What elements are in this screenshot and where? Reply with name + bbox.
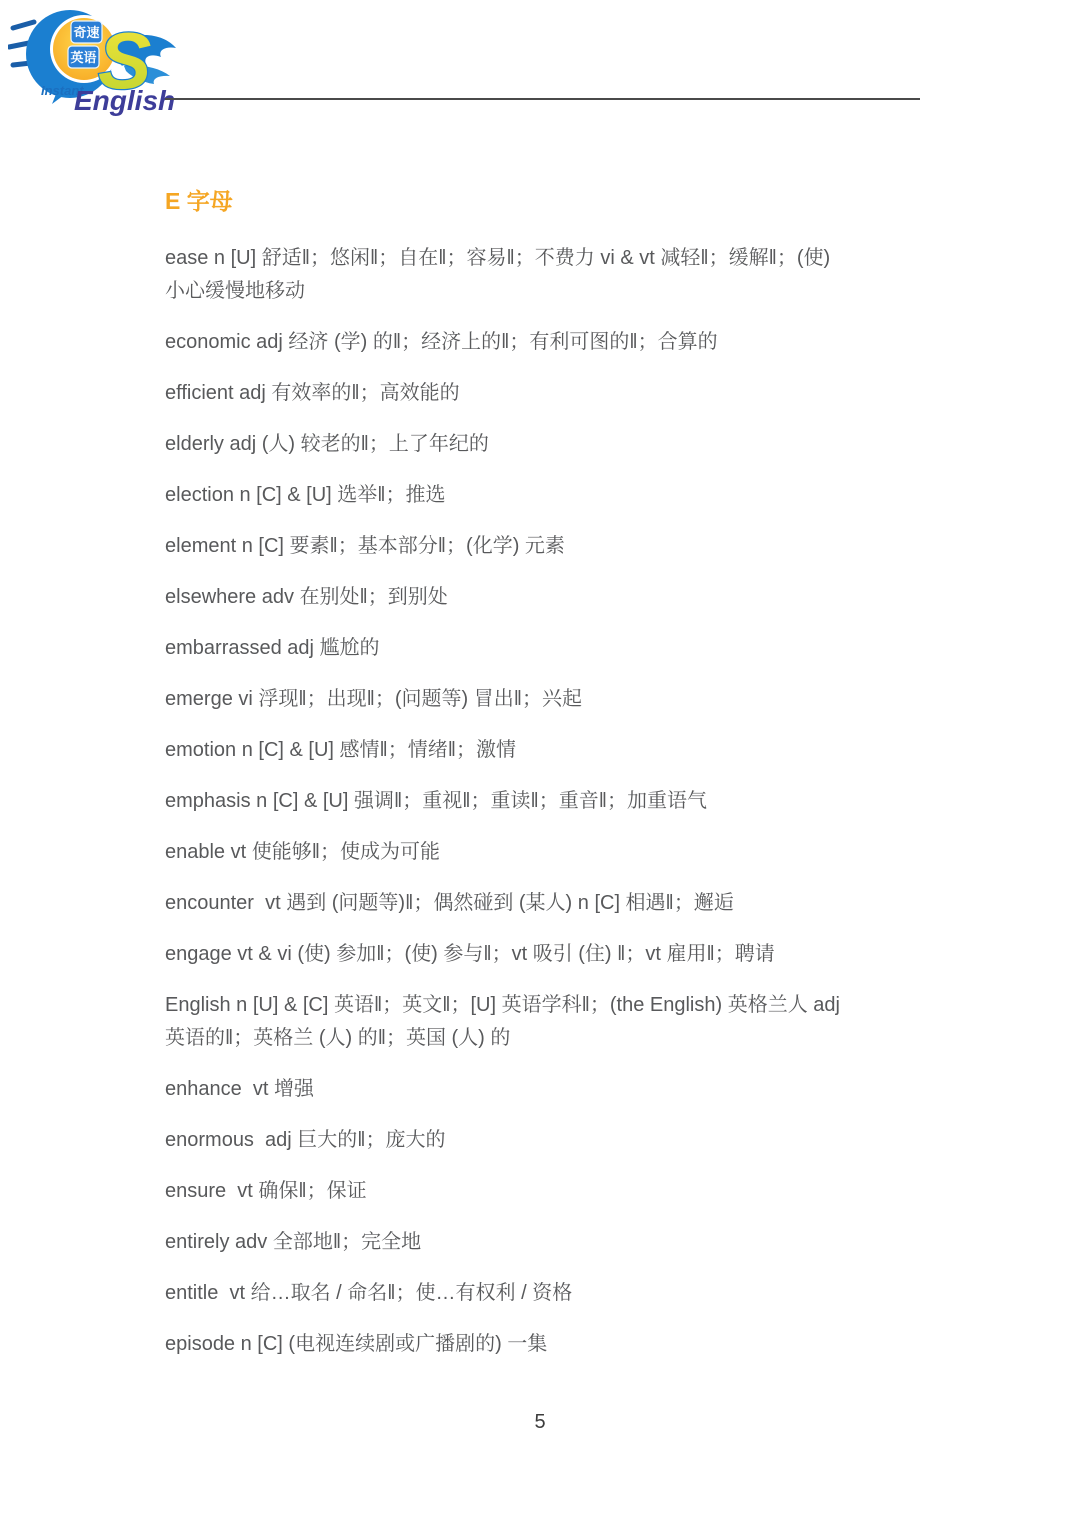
badge-yingyu-text: 英语 <box>70 50 96 65</box>
vocab-entry: efficient adj 有效率的‖；高效能的 <box>165 377 922 410</box>
entry-definition: vt 使能够‖；使成为可能 <box>225 841 440 863</box>
vocab-entry: episode n [C] (电视连续剧或广播剧的) 一集 <box>165 1328 922 1361</box>
vocab-entry: embarrassed adj 尴尬的 <box>165 632 922 665</box>
entry-definition: n [C] & [U] 选举‖；推选 <box>234 484 446 506</box>
entry-word: episode <box>165 1333 235 1355</box>
entry-word: English <box>165 994 231 1016</box>
logo-english-text: English <box>74 85 175 116</box>
vocab-entry: element n [C] 要素‖；基本部分‖；(化学) 元素 <box>165 530 922 563</box>
entry-word: elsewhere <box>165 586 256 608</box>
entry-definition: adj (人) 较老的‖；上了年纪的 <box>224 433 489 455</box>
vocab-entry: election n [C] & [U] 选举‖；推选 <box>165 479 922 512</box>
entry-definition: n [C] & [U] 强调‖；重视‖；重读‖；重音‖；加重语气 <box>251 790 707 812</box>
entry-definition: n [C] 要素‖；基本部分‖；(化学) 元素 <box>236 535 565 557</box>
entry-definition: vt & vi (使) 参加‖；(使) 参与‖；vt 吸引 (住) ‖；vt 雇… <box>232 943 775 965</box>
entry-word: efficient <box>165 382 234 404</box>
entry-word: entitle <box>165 1282 218 1304</box>
entry-word: element <box>165 535 236 557</box>
entry-word: elderly <box>165 433 224 455</box>
entry-definition: n [U] & [C] 英语‖；英文‖；[U] 英语学科‖；(the Engli… <box>165 994 840 1049</box>
entry-definition: n [U] 舒适‖；悠闲‖；自在‖；容易‖；不费力 vi & vt 减轻‖；缓解… <box>165 247 830 302</box>
vocab-entry: enable vt 使能够‖；使成为可能 <box>165 836 922 869</box>
document-page: 奇速 英语 S Instant English E 字母 ease n [U] … <box>0 0 1080 1526</box>
vocab-entry: enhance vt 增强 <box>165 1073 922 1106</box>
vocab-entry: ensure vt 确保‖；保证 <box>165 1175 922 1208</box>
vocab-entry: emerge vi 浮现‖；出现‖；(问题等) 冒出‖；兴起 <box>165 683 922 716</box>
vocab-entry: engage vt & vi (使) 参加‖；(使) 参与‖；vt 吸引 (住)… <box>165 938 922 971</box>
vocab-entry: elsewhere adv 在别处‖；到别处 <box>165 581 922 614</box>
page-number: 5 <box>0 1410 1080 1434</box>
entry-definition: vt 给…取名 / 命名‖；使…有权利 / 资格 <box>218 1282 572 1304</box>
entry-word: encounter <box>165 892 254 914</box>
instant-english-logo-graphic: 奇速 英语 S Instant English <box>8 4 183 116</box>
entry-definition: adv 在别处‖；到别处 <box>256 586 448 608</box>
vocab-section: E 字母 ease n [U] 舒适‖；悠闲‖；自在‖；容易‖；不费力 vi &… <box>165 186 922 1379</box>
entry-word: enable <box>165 841 225 863</box>
entry-definition: vt 增强 <box>242 1078 314 1100</box>
entry-word: embarrassed <box>165 637 282 659</box>
entry-word: enhance <box>165 1078 242 1100</box>
header-rule <box>165 98 920 100</box>
entry-word: engage <box>165 943 232 965</box>
entry-word: ease <box>165 247 208 269</box>
vocab-entry: economic adj 经济 (学) 的‖；经济上的‖；有利可图的‖；合算的 <box>165 326 922 359</box>
vocab-entry: emphasis n [C] & [U] 强调‖；重视‖；重读‖；重音‖；加重语… <box>165 785 922 818</box>
brand-logo: 奇速 英语 S Instant English <box>8 4 183 116</box>
entry-word: election <box>165 484 234 506</box>
entry-word: economic <box>165 331 251 353</box>
entry-definition: adj 经济 (学) 的‖；经济上的‖；有利可图的‖；合算的 <box>251 331 718 353</box>
entry-definition: n [C] & [U] 感情‖；情绪‖；激情 <box>236 739 516 761</box>
entry-word: enormous <box>165 1129 254 1151</box>
section-heading: E 字母 <box>165 186 922 216</box>
vocab-entry: encounter vt 遇到 (问题等)‖；偶然碰到 (某人) n [C] 相… <box>165 887 922 920</box>
entry-word: entirely <box>165 1231 229 1253</box>
entry-word: emerge <box>165 688 233 710</box>
entry-word: emphasis <box>165 790 251 812</box>
vocab-entry: English n [U] & [C] 英语‖；英文‖；[U] 英语学科‖；(t… <box>165 989 922 1055</box>
entry-definition: adv 全部地‖；完全地 <box>229 1231 421 1253</box>
vocab-entry: emotion n [C] & [U] 感情‖；情绪‖；激情 <box>165 734 922 767</box>
entry-word: ensure <box>165 1180 226 1202</box>
vocab-entry: entirely adv 全部地‖；完全地 <box>165 1226 922 1259</box>
vocab-entry: entitle vt 给…取名 / 命名‖；使…有权利 / 资格 <box>165 1277 922 1310</box>
entry-definition: vi 浮现‖；出现‖；(问题等) 冒出‖；兴起 <box>233 688 582 710</box>
vocab-entry: ease n [U] 舒适‖；悠闲‖；自在‖；容易‖；不费力 vi & vt 减… <box>165 242 922 308</box>
entry-definition: n [C] (电视连续剧或广播剧的) 一集 <box>235 1333 547 1355</box>
entry-definition: adj 有效率的‖；高效能的 <box>234 382 460 404</box>
vocab-entry: elderly adj (人) 较老的‖；上了年纪的 <box>165 428 922 461</box>
badge-qisu-text: 奇速 <box>73 25 99 40</box>
entry-definition: vt 确保‖；保证 <box>226 1180 367 1202</box>
entry-definition: adj 巨大的‖；庞大的 <box>254 1129 446 1151</box>
entry-definition: adj 尴尬的 <box>282 637 380 659</box>
entry-definition: vt 遇到 (问题等)‖；偶然碰到 (某人) n [C] 相遇‖；邂逅 <box>254 892 734 914</box>
vocab-entry: enormous adj 巨大的‖；庞大的 <box>165 1124 922 1157</box>
entry-word: emotion <box>165 739 236 761</box>
